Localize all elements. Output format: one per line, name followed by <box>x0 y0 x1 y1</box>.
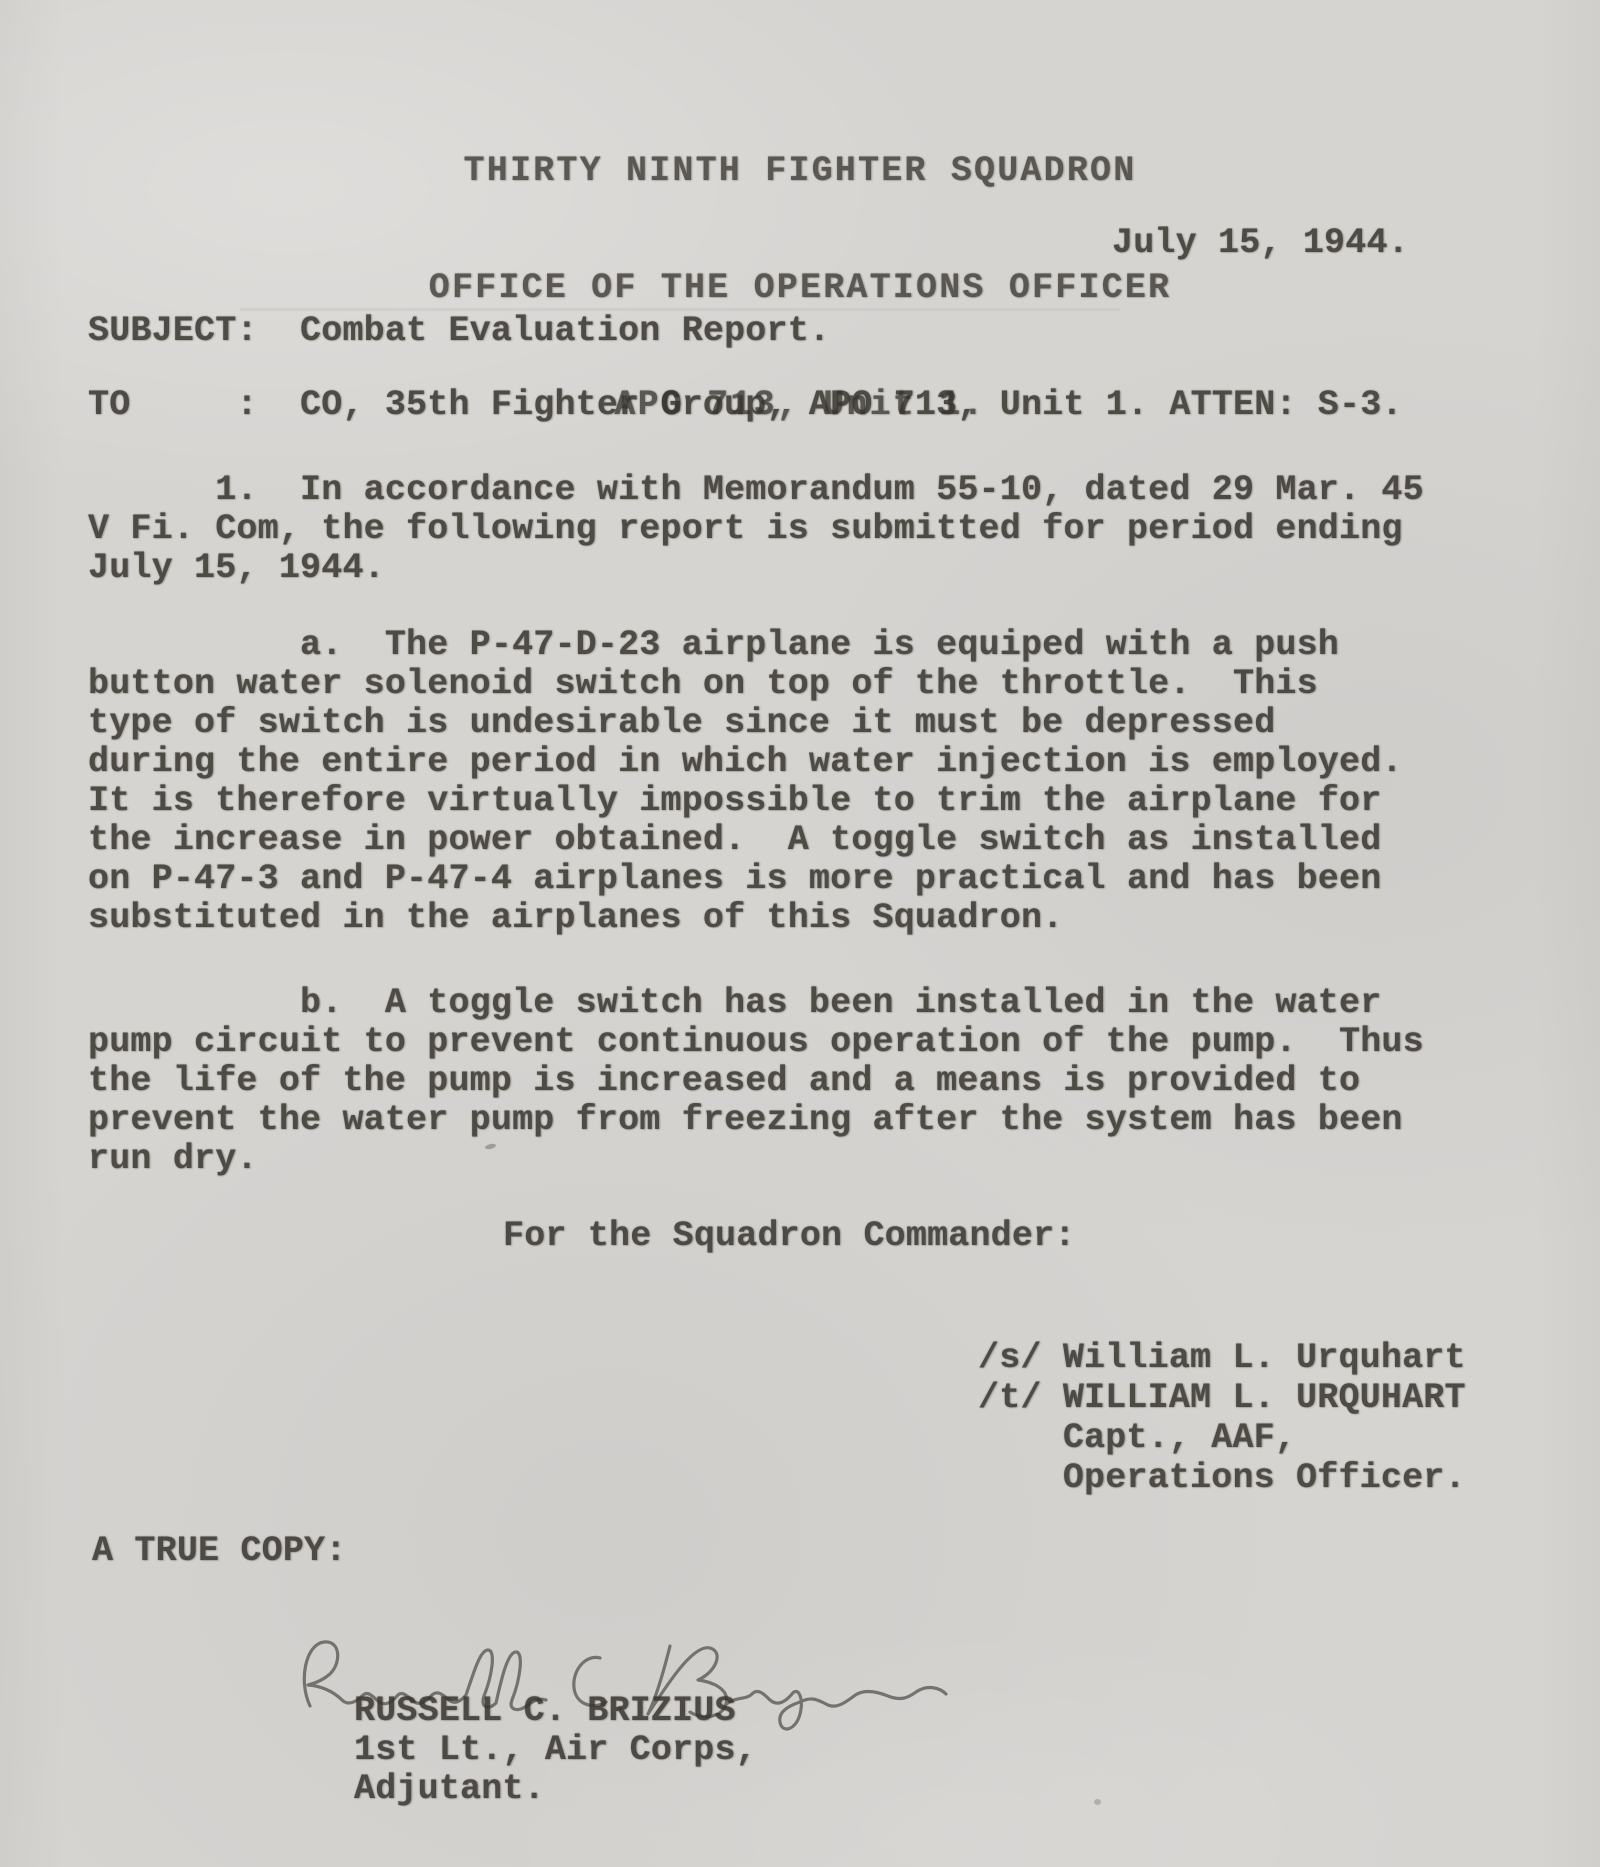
letterhead: THIRTY NINTH FIGHTER SQUADRON OFFICE OF … <box>0 74 1600 503</box>
document-page: THIRTY NINTH FIGHTER SQUADRON OFFICE OF … <box>0 0 1600 1867</box>
paragraph-b: b. A toggle switch has been installed in… <box>88 984 1424 1179</box>
certifier-block: RUSSELL C. BRIZIUS 1st Lt., Air Corps, A… <box>354 1692 757 1809</box>
true-copy-label: A TRUE COPY: <box>92 1532 346 1571</box>
date-line: July 15, 1944. <box>1112 224 1409 263</box>
typed-signature-block: /s/ William L. Urquhart /t/ WILLIAM L. U… <box>978 1338 1466 1498</box>
ink-speck <box>1094 1799 1101 1805</box>
paragraph-a: a. The P-47-D-23 airplane is equiped wit… <box>88 626 1403 938</box>
closing-line: For the Squadron Commander: <box>503 1217 1076 1256</box>
letterhead-line-1: THIRTY NINTH FIGHTER SQUADRON <box>0 152 1600 191</box>
paragraph-1: 1. In accordance with Memorandum 55-10, … <box>88 471 1424 588</box>
subject-line: SUBJECT: Combat Evaluation Report. <box>88 312 830 351</box>
letterhead-line-2: OFFICE OF THE OPERATIONS OFFICER <box>0 269 1600 308</box>
to-line: TO : CO, 35th Fighter Group, APO 713, Un… <box>88 386 1403 425</box>
